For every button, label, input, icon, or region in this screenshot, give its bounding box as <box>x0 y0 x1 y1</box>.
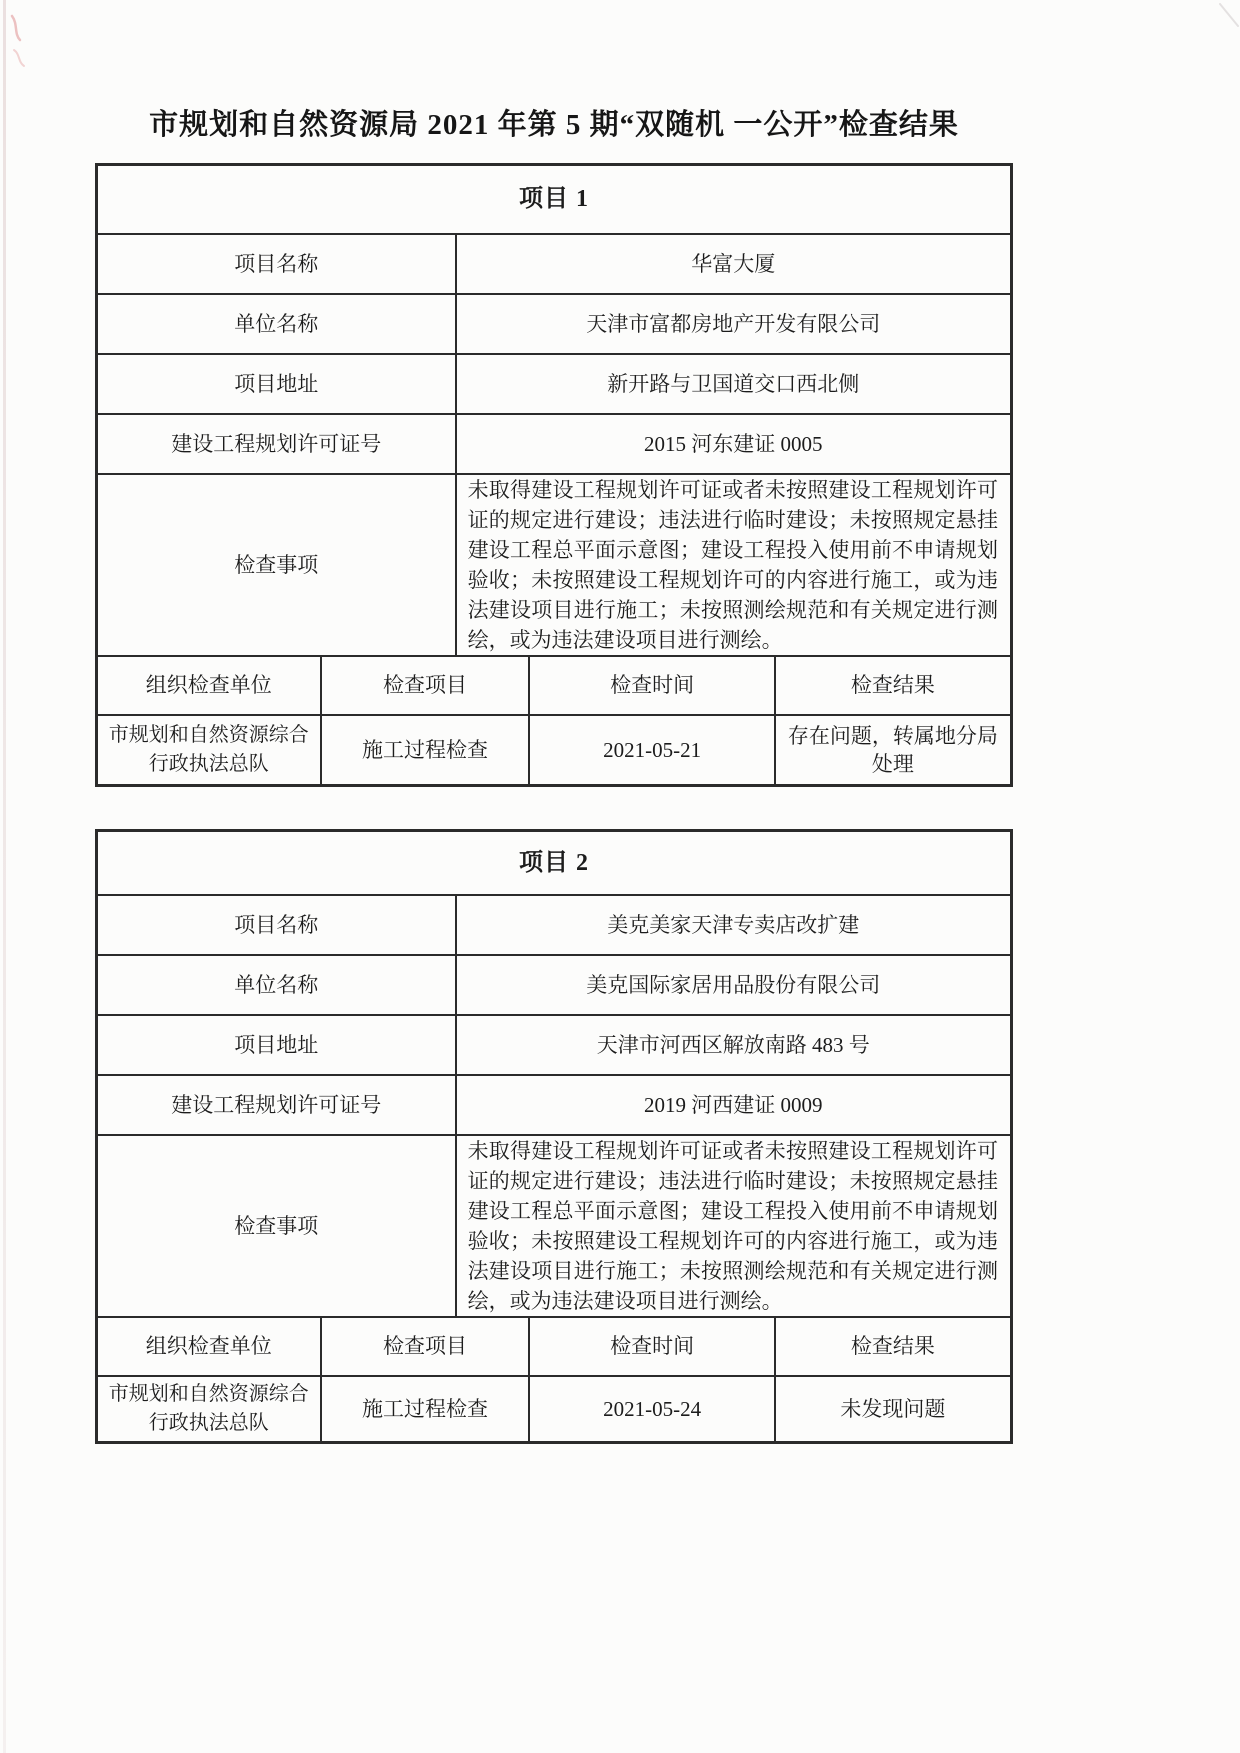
inspection-items-text: 未取得建设工程规划许可证或者未按照建设工程规划许可证的规定进行建设；违法进行临时… <box>455 1136 1010 1316</box>
result-data-row: 市规划和自然资源综合行政执法总队 施工过程检查 2021-05-24 未发现问题 <box>98 1375 1010 1441</box>
unit-name-value: 美克国际家居用品股份有限公司 <box>455 956 1010 1014</box>
table-caption-row: 项目 2 <box>98 832 1010 894</box>
scanner-edge-artifact <box>3 0 6 1753</box>
project-address-row: 项目地址 天津市河西区解放南路 483 号 <box>98 1014 1010 1074</box>
permit-no-row: 建设工程规划许可证号 2015 河东建证 0005 <box>98 413 1010 473</box>
permit-no-label: 建设工程规划许可证号 <box>98 415 455 473</box>
unit-name-label: 单位名称 <box>98 295 455 353</box>
unit-name-row: 单位名称 天津市富都房地产开发有限公司 <box>98 293 1010 353</box>
project-address-value: 新开路与卫国道交口西北侧 <box>455 355 1010 413</box>
inspection-project-header: 检查项目 <box>320 657 529 714</box>
inspection-project-value: 施工过程检查 <box>320 716 529 784</box>
project-name-label: 项目名称 <box>98 896 455 954</box>
inspection-result-header: 检查结果 <box>774 657 1010 714</box>
project-name-value: 华富大厦 <box>455 235 1010 293</box>
org-unit-header: 组织检查单位 <box>98 1318 320 1375</box>
red-pen-scan-artifact <box>6 10 36 70</box>
corner-scan-artifact <box>1218 2 1240 28</box>
inspection-result-value: 存在问题，转属地分局处理 <box>774 716 1010 784</box>
project-1-caption: 项目 1 <box>98 166 1010 233</box>
project-address-row: 项目地址 新开路与卫国道交口西北侧 <box>98 353 1010 413</box>
unit-name-value: 天津市富都房地产开发有限公司 <box>455 295 1010 353</box>
permit-no-label: 建设工程规划许可证号 <box>98 1076 455 1134</box>
inspection-items-paragraph: 未取得建设工程规划许可证或者未按照建设工程规划许可证的规定进行建设；违法进行临时… <box>468 475 998 655</box>
inspection-time-value: 2021-05-21 <box>528 716 773 784</box>
org-unit-header: 组织检查单位 <box>98 657 320 714</box>
table-caption-row: 项目 1 <box>98 166 1010 233</box>
result-header-row: 组织检查单位 检查项目 检查时间 检查结果 <box>98 655 1010 714</box>
permit-no-value: 2015 河东建证 0005 <box>455 415 1010 473</box>
project-name-value: 美克美家天津专卖店改扩建 <box>455 896 1010 954</box>
project-name-label: 项目名称 <box>98 235 455 293</box>
inspection-items-paragraph: 未取得建设工程规划许可证或者未按照建设工程规划许可证的规定进行建设；违法进行临时… <box>468 1136 998 1316</box>
project-name-row: 项目名称 美克美家天津专卖店改扩建 <box>98 894 1010 954</box>
inspection-time-header: 检查时间 <box>528 657 773 714</box>
unit-name-label: 单位名称 <box>98 956 455 1014</box>
project-address-value: 天津市河西区解放南路 483 号 <box>455 1016 1010 1074</box>
org-unit-value: 市规划和自然资源综合行政执法总队 <box>98 1377 320 1441</box>
inspection-items-row: 检查事项 未取得建设工程规划许可证或者未按照建设工程规划许可证的规定进行建设；违… <box>98 473 1010 655</box>
project-2-table: 项目 2 项目名称 美克美家天津专卖店改扩建 单位名称 美克国际家居用品股份有限… <box>95 829 1013 1444</box>
inspection-items-row: 检查事项 未取得建设工程规划许可证或者未按照建设工程规划许可证的规定进行建设；违… <box>98 1134 1010 1316</box>
inspection-project-value: 施工过程检查 <box>320 1377 529 1441</box>
project-1-table: 项目 1 项目名称 华富大厦 单位名称 天津市富都房地产开发有限公司 项目地址 … <box>95 163 1013 787</box>
org-unit-value: 市规划和自然资源综合行政执法总队 <box>98 716 320 784</box>
project-name-row: 项目名称 华富大厦 <box>98 233 1010 293</box>
inspection-result-header: 检查结果 <box>774 1318 1010 1375</box>
result-data-row: 市规划和自然资源综合行政执法总队 施工过程检查 2021-05-21 存在问题，… <box>98 714 1010 784</box>
inspection-items-text: 未取得建设工程规划许可证或者未按照建设工程规划许可证的规定进行建设；违法进行临时… <box>455 475 1010 655</box>
permit-no-row: 建设工程规划许可证号 2019 河西建证 0009 <box>98 1074 1010 1134</box>
project-address-label: 项目地址 <box>98 1016 455 1074</box>
result-header-row: 组织检查单位 检查项目 检查时间 检查结果 <box>98 1316 1010 1375</box>
document-title: 市规划和自然资源局 2021 年第 5 期“双随机 一公开”检查结果 <box>95 102 1013 143</box>
inspection-time-header: 检查时间 <box>528 1318 773 1375</box>
inspection-items-label: 检查事项 <box>98 1136 455 1316</box>
permit-no-value: 2019 河西建证 0009 <box>455 1076 1010 1134</box>
inspection-items-label: 检查事项 <box>98 475 455 655</box>
project-address-label: 项目地址 <box>98 355 455 413</box>
project-2-caption: 项目 2 <box>98 832 1010 894</box>
unit-name-row: 单位名称 美克国际家居用品股份有限公司 <box>98 954 1010 1014</box>
inspection-result-value: 未发现问题 <box>774 1377 1010 1441</box>
inspection-time-value: 2021-05-24 <box>528 1377 773 1441</box>
inspection-project-header: 检查项目 <box>320 1318 529 1375</box>
